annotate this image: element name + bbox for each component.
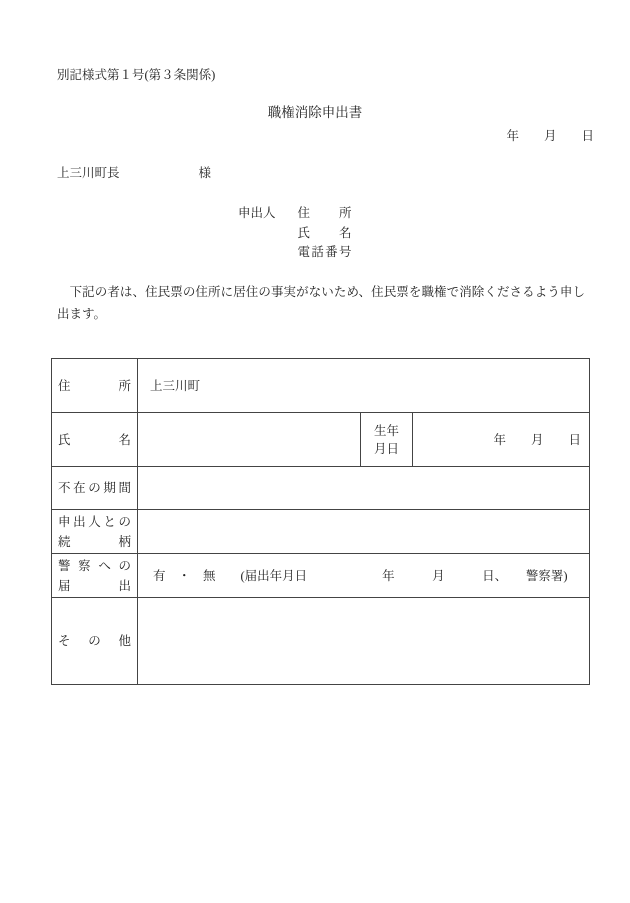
document-title: 職権消除申出書: [0, 105, 630, 121]
addressee-name: 上三川町長: [57, 166, 120, 180]
table-row-other: その他: [52, 598, 590, 685]
applicant-address-label: 住所: [298, 204, 352, 224]
body-paragraph: 下記の者は、住民票の住所に居住の事実がないため、住民票を職権で消除くださるよう申…: [57, 281, 585, 325]
document-page: 別記様式第１号(第３条関係) 職権消除申出書 年 月 日 上三川町長様 申出人 …: [0, 0, 630, 903]
table-row-police-report: 警察への 届出 有 ・ 無 (届出年月日 年 月 日、 警察署): [52, 554, 590, 598]
address-row-label: 住所: [52, 359, 138, 413]
address-row-value: 上三川町: [138, 359, 590, 413]
police-report-value: 有 ・ 無 (届出年月日 年 月 日、 警察署): [138, 554, 590, 598]
table-row-address: 住所 上三川町: [52, 359, 590, 413]
birthdate-value: 年 月 日: [413, 413, 590, 467]
table-row-name: 氏名 生年 月日 年 月 日: [52, 413, 590, 467]
addressee-honorific: 様: [199, 166, 212, 180]
addressee-line: 上三川町長様: [57, 165, 211, 181]
police-report-label: 警察への 届出: [52, 554, 138, 598]
table-row-absence-period: 不在の期間: [52, 467, 590, 510]
relationship-label: 申出人との 続柄: [52, 510, 138, 554]
form-table: 住所 上三川町 氏名 生年 月日 年 月 日 不在の期間 申出人との 続柄 警察…: [51, 358, 590, 685]
applicant-block: 申出人 住所 氏名 電話番号: [238, 204, 352, 263]
relationship-value: [138, 510, 590, 554]
name-row-label: 氏名: [52, 413, 138, 467]
applicant-phone-label: 電話番号: [298, 243, 352, 263]
other-row-label: その他: [52, 598, 138, 685]
table-row-relationship: 申出人との 続柄: [52, 510, 590, 554]
absence-period-value: [138, 467, 590, 510]
applicant-name-label: 氏名: [298, 224, 352, 244]
form-number: 別記様式第１号(第３条関係): [57, 67, 215, 83]
date-line: 年 月 日: [506, 128, 594, 144]
applicant-fields: 住所 氏名 電話番号: [298, 204, 352, 263]
absence-period-label: 不在の期間: [52, 467, 138, 510]
name-row-value: [138, 413, 361, 467]
applicant-label: 申出人: [238, 204, 276, 224]
other-row-value: [138, 598, 590, 685]
birthdate-label: 生年 月日: [361, 413, 413, 467]
